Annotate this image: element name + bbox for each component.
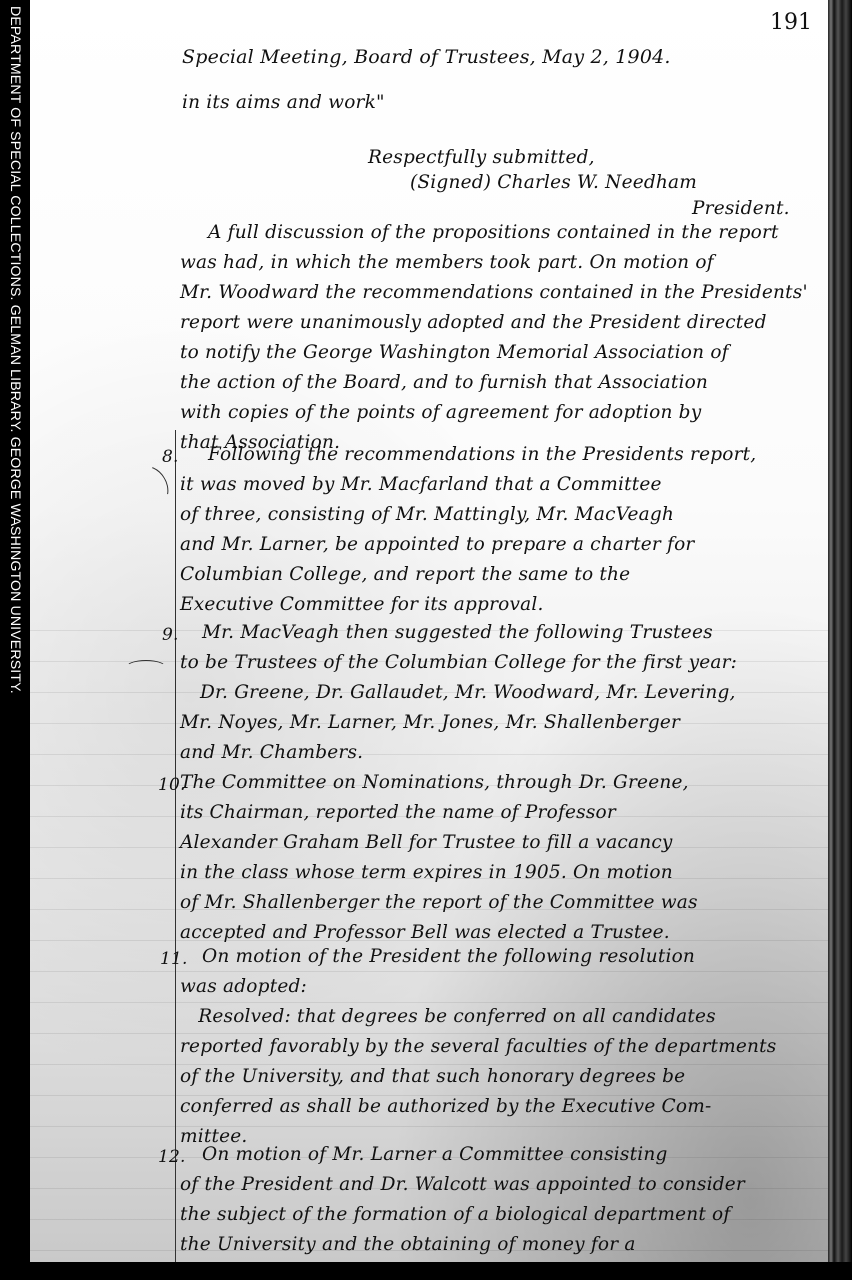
text-line: the subject of the formation of a biolog… [180, 1200, 830, 1230]
text-line: the University and the obtaining of mone… [180, 1230, 830, 1260]
text-line: Executive Committee for its approval. [180, 590, 830, 620]
text-line: Columbian College, and report the same t… [180, 560, 830, 590]
item-10: 10. The Committee on Nominations, throug… [180, 768, 830, 948]
text-line: with copies of the points of agreement f… [180, 398, 830, 428]
text-line: to notify the George Washington Memorial… [180, 338, 830, 368]
discussion-paragraph: A full discussion of the propositions co… [180, 218, 830, 458]
item-11: 11. On motion of the President the follo… [180, 942, 830, 1152]
text-line: conferred as shall be authorized by the … [180, 1092, 830, 1122]
item-number: 8. [162, 442, 179, 472]
text-line: in the class whose term expires in 1905.… [180, 858, 830, 888]
text-line: The Committee on Nominations, through Dr… [180, 768, 830, 798]
page-number: 191 [770, 10, 812, 35]
item-number: 10. [158, 770, 186, 800]
item-12: 12. On motion of Mr. Larner a Committee … [180, 1140, 830, 1260]
text-line: and Mr. Larner, be appointed to prepare … [180, 530, 830, 560]
text-line: report were unanimously adopted and the … [180, 308, 830, 338]
item-9: 9. Mr. MacVeagh then suggested the follo… [180, 618, 830, 768]
text-line: and Mr. Chambers. [180, 738, 830, 768]
scan-border [0, 1262, 852, 1280]
text-line: of the President and Dr. Walcott was app… [180, 1170, 830, 1200]
text-line: of the University, and that such honorar… [180, 1062, 830, 1092]
text-line: Mr. MacVeagh then suggested the followin… [180, 618, 830, 648]
text-line: to be Trustees of the Columbian College … [180, 648, 830, 678]
text-line: Mr. Woodward the recommendations contain… [180, 278, 830, 308]
text-line: reported favorably by the several facult… [180, 1032, 830, 1062]
item-number: 9. [162, 620, 179, 650]
text-line: the action of the Board, and to furnish … [180, 368, 830, 398]
book-binding-edge [828, 0, 852, 1280]
text-line: Resolved: that degrees be conferred on a… [180, 1002, 830, 1032]
item-8: 8. Following the recommendations in the … [180, 440, 830, 620]
signature-name: (Signed) Charles W. Needham [410, 168, 697, 198]
archive-credit-text: DEPARTMENT OF SPECIAL COLLECTIONS. GELMA… [7, 6, 23, 694]
text-line: of three, consisting of Mr. Mattingly, M… [180, 500, 830, 530]
item-number: 12. [158, 1142, 186, 1172]
text-line: Mr. Noyes, Mr. Larner, Mr. Jones, Mr. Sh… [180, 708, 830, 738]
text-line: A full discussion of the propositions co… [180, 218, 830, 248]
ledger-page: 191 Special Meeting, Board of Trustees, … [30, 0, 830, 1262]
text-line: its Chairman, reported the name of Profe… [180, 798, 830, 828]
text-line: Following the recommendations in the Pre… [180, 440, 830, 470]
text-line: was adopted: [180, 972, 830, 1002]
text-line: was had, in which the members took part.… [180, 248, 830, 278]
text-line: Alexander Graham Bell for Trustee to fil… [180, 828, 830, 858]
text-line: On motion of the President the following… [180, 942, 830, 972]
item-number: 11. [160, 944, 188, 974]
text-line: of Mr. Shallenberger the report of the C… [180, 888, 830, 918]
margin-mark [125, 660, 167, 676]
text-line: it was moved by Mr. Macfarland that a Co… [180, 470, 830, 500]
page-heading: Special Meeting, Board of Trustees, May … [182, 42, 671, 72]
continuation-text: in its aims and work" [182, 88, 385, 118]
text-line: On motion of Mr. Larner a Committee cons… [180, 1140, 830, 1170]
archive-credit-strip: DEPARTMENT OF SPECIAL COLLECTIONS. GELMA… [0, 0, 30, 1280]
margin-rule [175, 430, 176, 1262]
text-line: Dr. Greene, Dr. Gallaudet, Mr. Woodward,… [180, 678, 830, 708]
